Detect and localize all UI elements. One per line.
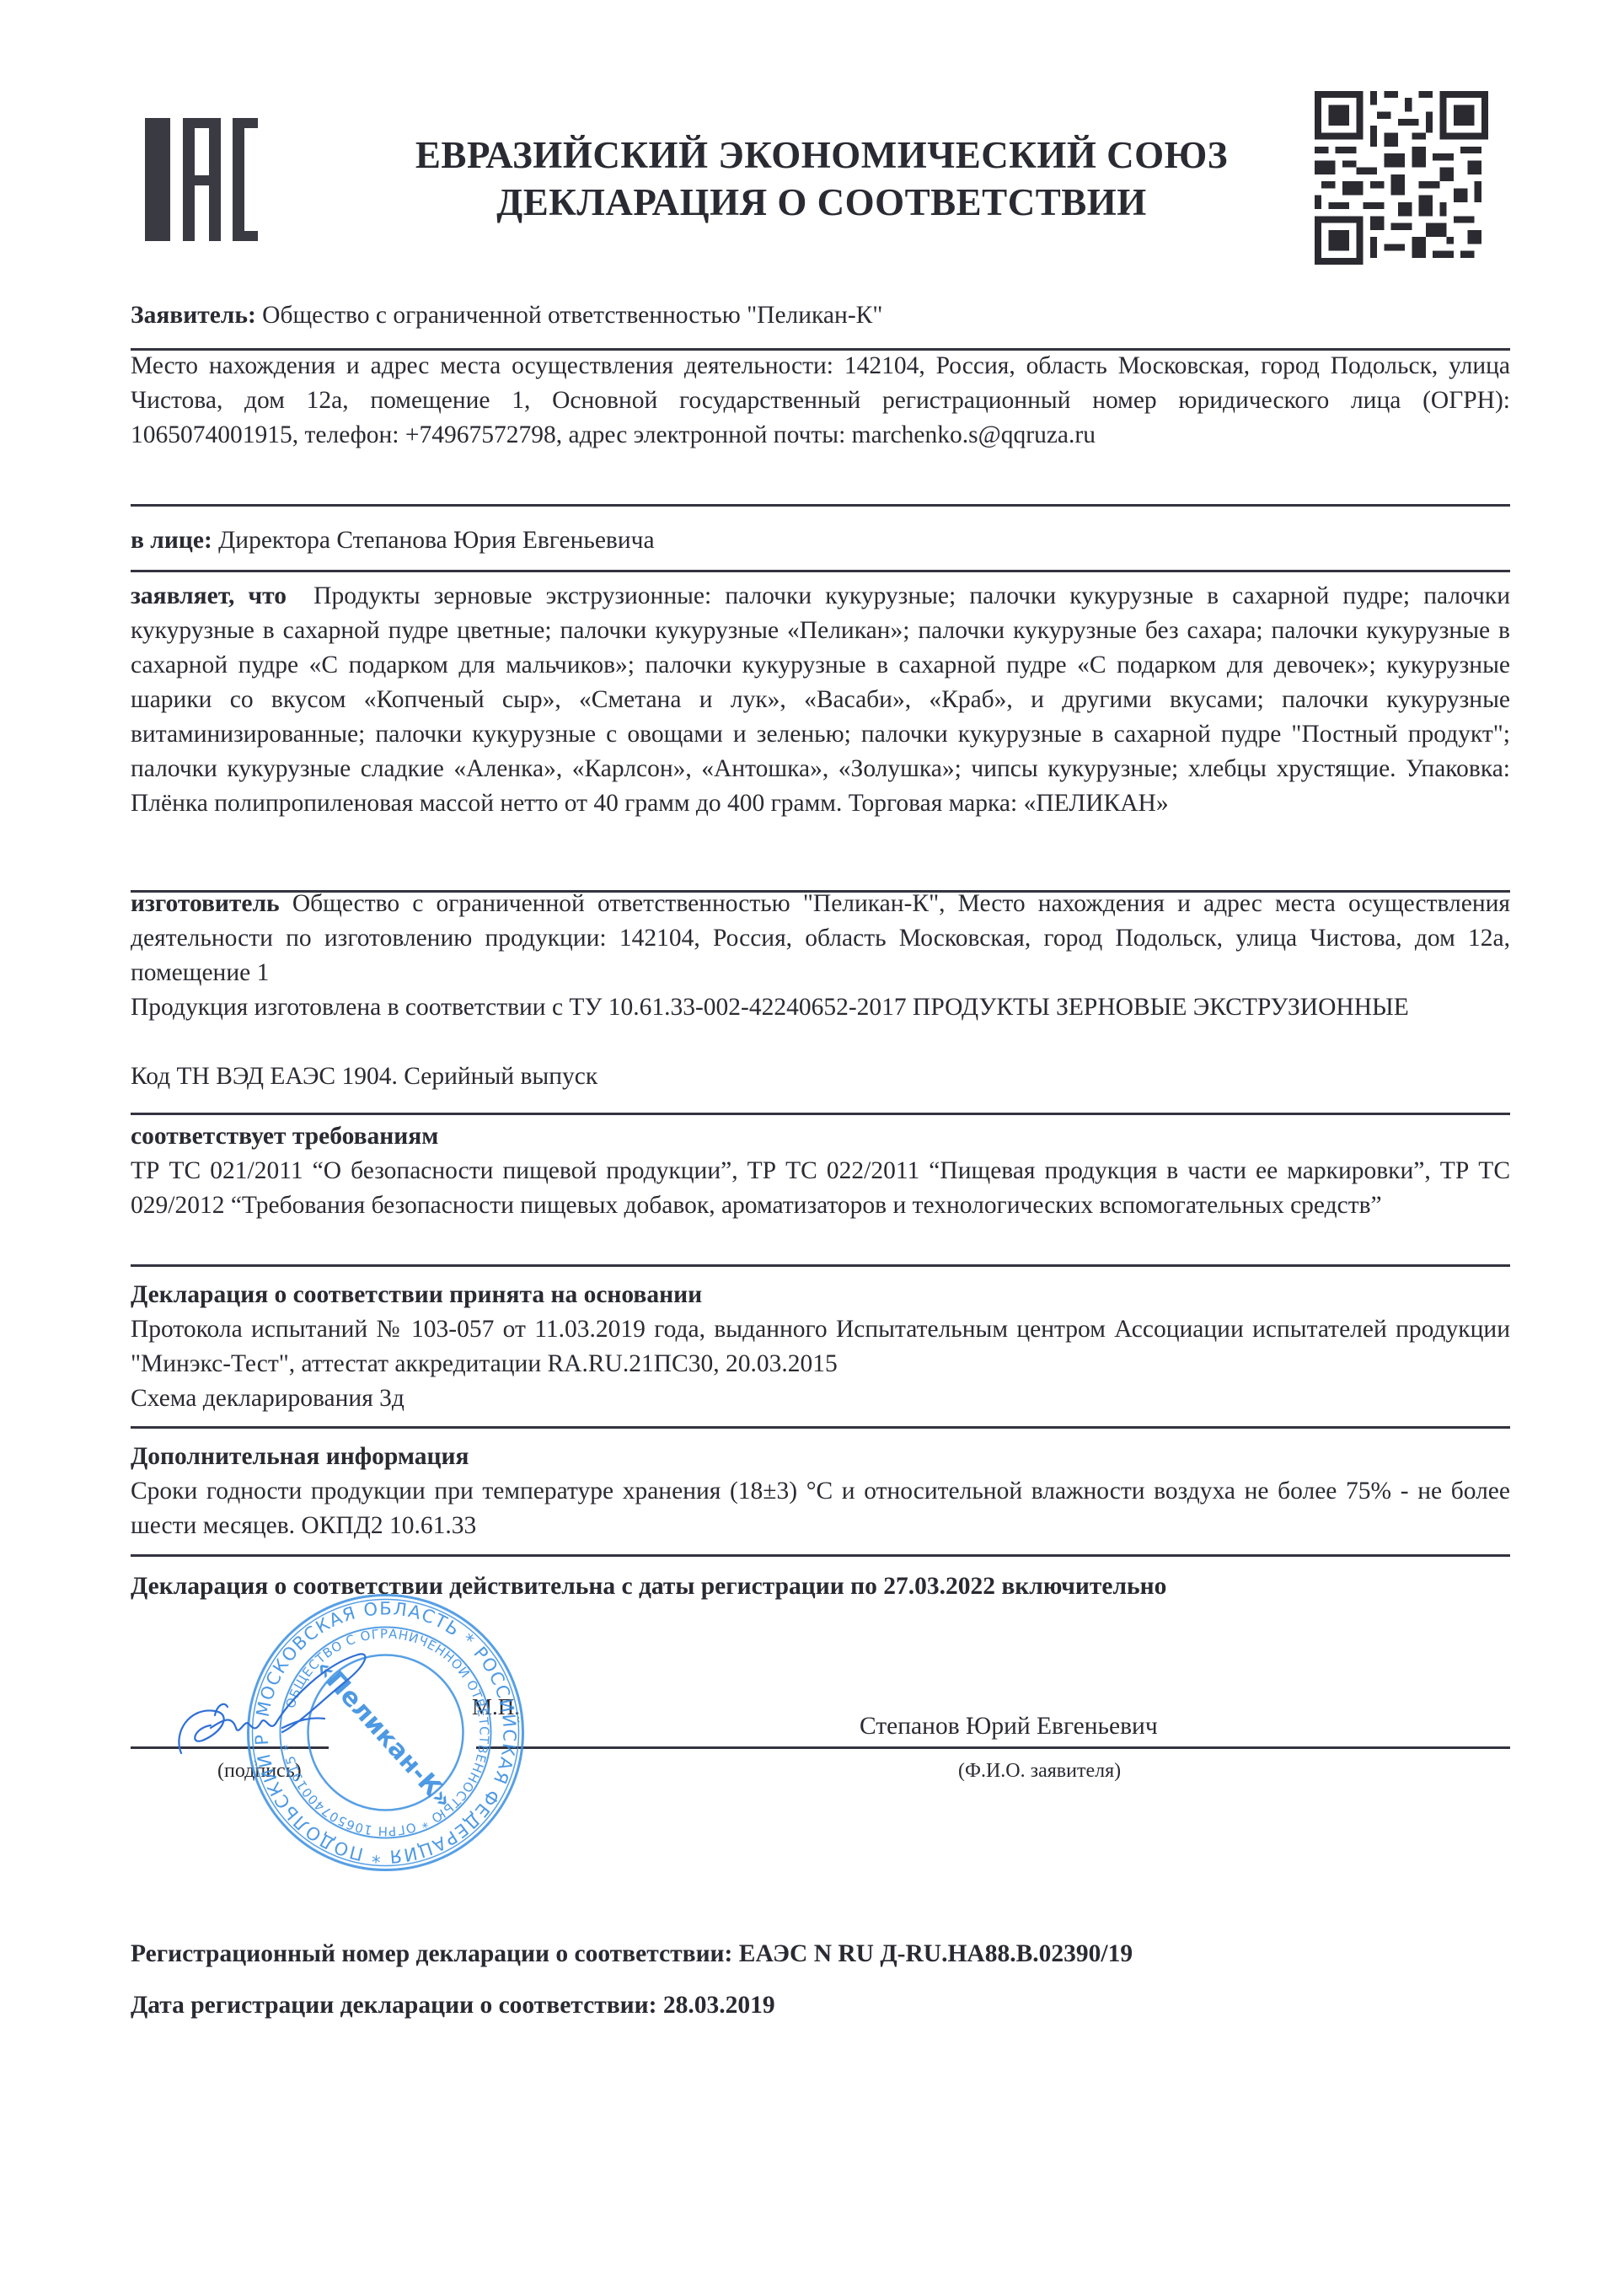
signature-scribble-icon — [164, 1648, 392, 1766]
name-line — [476, 1746, 1510, 1749]
registration-date-label: Дата регистрации декларации о соответств… — [131, 1992, 656, 2019]
conforms-label: соответствует требованиям — [131, 1119, 1510, 1154]
declares-value: Продукты зерновые экструзионные: палочки… — [131, 582, 1510, 817]
basis-value: Протокола испытаний № 103-057 от 11.03.2… — [131, 1312, 1510, 1381]
represented-by-value: Директора Степанова Юрия Евгеньевича — [218, 527, 654, 554]
declares-block: заявляет, что Продукты зерновые экструзи… — [131, 579, 1510, 821]
divider — [131, 1113, 1510, 1115]
divider — [131, 1426, 1510, 1429]
basis-scheme: Схема декларирования 3д — [131, 1381, 1510, 1416]
represented-by-label: в лице: — [131, 527, 212, 554]
manufacturer-block: изготовитель Общество с ограниченной отв… — [131, 887, 1510, 990]
manufacturer-code: Код ТН ВЭД ЕАЭС 1904. Серийный выпуск — [131, 1059, 1510, 1094]
divider — [131, 504, 1510, 507]
applicant-name-caption: (Ф.И.О. заявителя) — [958, 1760, 1121, 1783]
registration-date: 28.03.2019 — [663, 1992, 775, 2019]
union-title: ЕВРАЗИЙСКИЙ ЭКОНОМИЧЕСКИЙ СОЮЗ — [354, 133, 1289, 177]
additional-label: Дополнительная информация — [131, 1440, 1510, 1474]
registration-date-row: Дата регистрации декларации о соответств… — [131, 1992, 775, 2020]
applicant-row: Заявитель: Общество с ограниченной ответ… — [131, 298, 1510, 333]
applicant-name: Степанов Юрий Евгеньевич — [860, 1713, 1158, 1741]
divider — [131, 1264, 1510, 1267]
conforms-value: ТР ТС 021/2011 “О безопасности пищевой п… — [131, 1154, 1510, 1223]
represented-by-row: в лице: Директора Степанова Юрия Евгенье… — [131, 523, 1510, 558]
manufacturer-value: Общество с ограниченной ответственностью… — [131, 890, 1510, 986]
manufacturer-tu: Продукция изготовлена в соответствии с Т… — [131, 990, 1510, 1025]
manufacturer-label: изготовитель — [131, 890, 280, 917]
divider — [131, 1554, 1510, 1557]
basis-label: Декларация о соответствии принята на осн… — [131, 1278, 1510, 1312]
eac-logo-icon — [145, 118, 258, 241]
additional-value: Сроки годности продукции при температуре… — [131, 1474, 1510, 1543]
divider — [131, 570, 1510, 572]
declares-label: заявляет, что — [131, 582, 287, 609]
declaration-title: ДЕКЛАРАЦИЯ О СООТВЕТСТВИИ — [354, 180, 1289, 224]
applicant-value: Общество с ограниченной ответственностью… — [262, 302, 882, 329]
registration-number-label: Регистрационный номер декларации о соотв… — [131, 1940, 732, 1967]
qr-code-icon — [1315, 91, 1488, 265]
registration-number: ЕАЭС N RU Д-RU.НА88.В.02390/19 — [739, 1940, 1133, 1967]
registration-number-row: Регистрационный номер декларации о соотв… — [131, 1940, 1133, 1968]
address-block: Место нахождения и адрес места осуществл… — [131, 349, 1510, 453]
applicant-label: Заявитель: — [131, 302, 256, 329]
